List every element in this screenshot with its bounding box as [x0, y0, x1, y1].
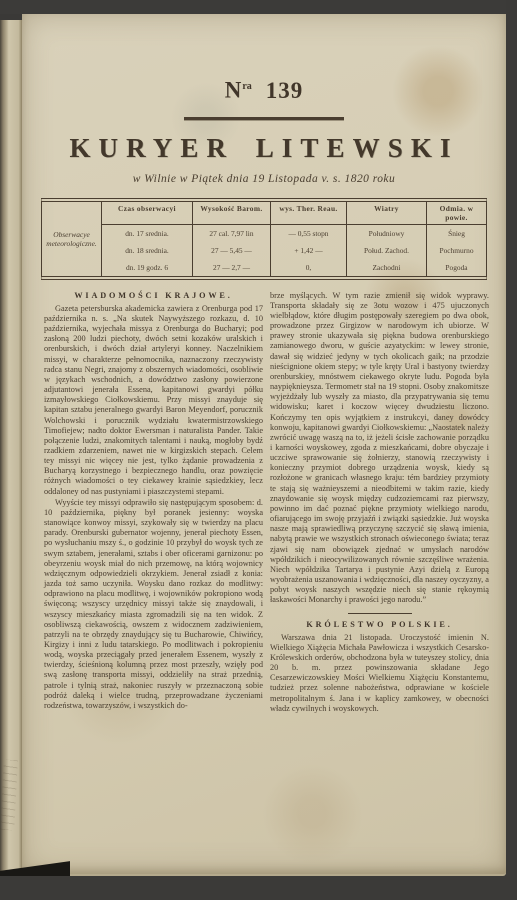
weather-cell-sky: Pochmurno: [426, 242, 486, 259]
newspaper-title: KURYER LITEWSKI: [22, 133, 506, 164]
article-paragraph: brze myślących. W tym razie zmienił się …: [270, 291, 489, 606]
weather-cell-time: dn. 19 godz. 6: [102, 259, 192, 276]
issue-number-prefix: N: [225, 78, 243, 103]
margin-bleed-marks: [0, 760, 18, 831]
weather-table: Obserwacye meteorologiczne. Czas obserwa…: [41, 198, 487, 280]
article-paragraph: Warszawa dnia 21 listopada. Uroczystość …: [270, 633, 489, 714]
article-paragraph: Gazeta petersburska akademicka zawiera z…: [44, 304, 263, 497]
section-heading-domestic-news: WIADOMOŚCI KRAJOWE.: [44, 291, 263, 301]
weather-cell-wind: Połud. Zachod.: [346, 242, 426, 259]
article-columns: WIADOMOŚCI KRAJOWE. Gazeta petersburska …: [22, 291, 506, 714]
weather-cell-wind: Południowy: [346, 225, 426, 242]
adjacent-page-edge: [0, 20, 22, 878]
section-divider: [348, 613, 412, 614]
weather-cell-sky: Pogoda: [426, 259, 486, 276]
scanner-mat-right: [506, 0, 517, 900]
issue-number-value: 139: [266, 78, 304, 103]
weather-cell-time: dn. 18 srednia.: [102, 242, 192, 259]
weather-cell-time: dn. 17 srednia.: [102, 225, 192, 242]
weather-cell-barometer: 27 — 2,7 —: [192, 259, 270, 276]
weather-col-header: Odmia. w powie.: [426, 202, 486, 225]
issue-number-superscript: ra: [242, 81, 251, 92]
weather-cell-barometer: 27 — 5,45 —: [192, 242, 270, 259]
article-paragraph: Wyyście tey missyi odprawiło się następu…: [44, 498, 263, 711]
weather-cell-wind: Zachodni: [346, 259, 426, 276]
issue-number: Nra139: [22, 72, 506, 106]
masthead-rule: [184, 117, 344, 120]
weather-col-header: Czas obserwacyi: [102, 202, 192, 225]
weather-cell-thermometer: + 1,42 —: [270, 242, 346, 259]
scan-background: Nra139 KURYER LITEWSKI w Wilnie w Piątek…: [0, 0, 517, 900]
weather-table-grid: Czas obserwacyi Wysokość Barom. wys. The…: [102, 202, 486, 276]
scanner-mat-top: [0, 0, 517, 14]
weather-col-header: wys. Ther. Reau.: [270, 202, 346, 225]
weather-cell-sky: Śnieg: [426, 225, 486, 242]
scanner-mat-bottom: [0, 876, 517, 900]
masthead: Nra139 KURYER LITEWSKI w Wilnie w Piątek…: [22, 72, 506, 185]
right-column: brze myślących. W tym razie zmienił się …: [270, 291, 489, 714]
weather-cell-thermometer: 0,: [270, 259, 346, 276]
left-column: WIADOMOŚCI KRAJOWE. Gazeta petersburska …: [44, 291, 263, 714]
weather-cell-thermometer: — 0,55 stopn: [270, 225, 346, 242]
newspaper-page: Nra139 KURYER LITEWSKI w Wilnie w Piątek…: [22, 14, 506, 876]
weather-col-header: Wiatry: [346, 202, 426, 225]
weather-cell-barometer: 27 cal. 7,97 lin: [192, 225, 270, 242]
section-heading-kingdom-of-poland: KRÓLESTWO POLSKIE.: [270, 620, 489, 630]
weather-table-label: Obserwacye meteorologiczne.: [42, 202, 102, 276]
dateline: w Wilnie w Piątek dnia 19 Listopada v. s…: [22, 173, 506, 185]
weather-col-header: Wysokość Barom.: [192, 202, 270, 225]
